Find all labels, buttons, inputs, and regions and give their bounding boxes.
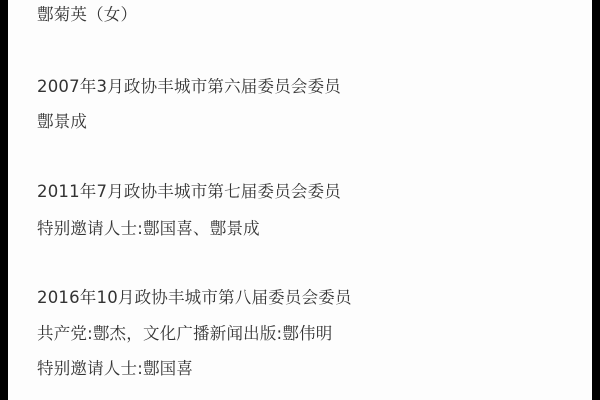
section-line: 特别邀请人士:鄷国喜 [37,359,193,379]
section-line: 鄷景成 [37,112,87,132]
section-heading: 2007年3月政协丰城市第六届委员会委员 [37,77,341,97]
intro-line: 鄷菊英（女） [37,5,137,25]
section-line: 特别邀请人士:鄷国喜、鄷景成 [37,219,260,239]
section-heading: 2016年10月政协丰城市第八届委员会委员 [37,288,352,308]
document-page: 鄷菊英（女） 2007年3月政协丰城市第六届委员会委员 鄷景成 2011年7月政… [8,0,592,400]
section-heading: 2011年7月政协丰城市第七届委员会委员 [37,182,341,202]
section-line: 共产党:鄷杰，文化广播新闻出版:鄷伟明 [37,324,332,344]
